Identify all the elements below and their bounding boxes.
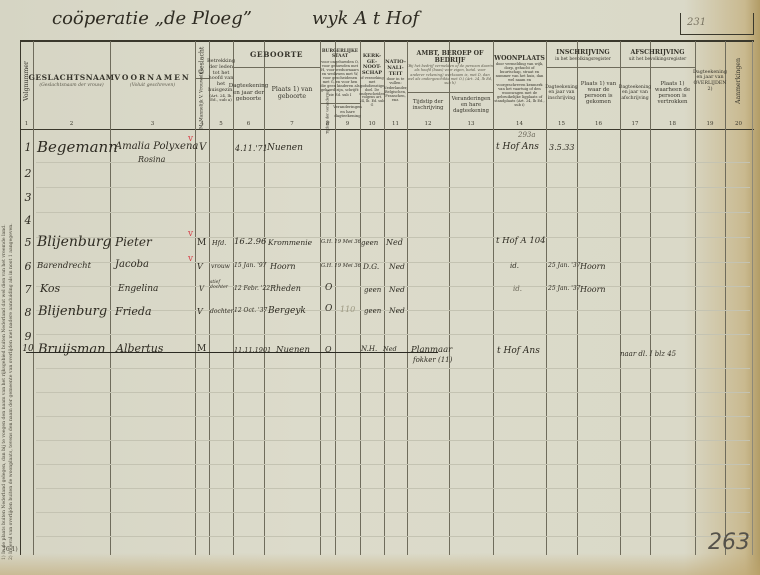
- birth-date: 12 Febr. '22: [234, 285, 270, 292]
- header-inschrijving-datum: Dagteekening en jaar van inschrijving: [546, 68, 577, 118]
- given-names: Albertus: [116, 342, 163, 355]
- wijk-label: wyk A t Hof: [312, 8, 419, 29]
- row-rule: [36, 416, 750, 417]
- nationality: Ned: [389, 306, 405, 315]
- column-number: 2: [33, 121, 110, 127]
- relation: Hfd.: [212, 239, 226, 247]
- header-label: BURGERLIJKE STAAT: [320, 49, 360, 59]
- page-number-box: 231: [680, 13, 754, 35]
- residence: id.: [510, 262, 519, 270]
- deregistration-destination: naar dl. I blz 45: [620, 350, 676, 358]
- birth-place: Rheden: [270, 284, 301, 293]
- footnote-margin: 1) In de plaats buiten Nederland gelegen…: [2, 140, 18, 560]
- grid-line: [33, 41, 34, 555]
- residence: t Hof A 104: [496, 236, 546, 246]
- column-number: 9: [335, 121, 360, 127]
- column-number: 8: [320, 121, 335, 127]
- grid-line: [110, 41, 111, 555]
- row-number: 6: [21, 260, 35, 273]
- header-veranderingen: Veranderingen en hare dagteekening: [335, 104, 360, 120]
- register-title: coöperatie „de Ploeg”: [52, 8, 252, 29]
- header-overlijden: Dagteekening en jaar van OVERLIJDEN 2): [695, 44, 725, 118]
- header-sub: uit het bevolkingsregister: [629, 57, 687, 62]
- registration-date: 3.5.33: [549, 143, 574, 152]
- grid-line: [650, 41, 651, 555]
- row-rule: [36, 187, 750, 188]
- row-rule: [36, 488, 750, 489]
- check-mark: v: [188, 134, 193, 144]
- row-number: 5: [21, 236, 35, 249]
- header-betrekking: Betrekking der leden tot het hoofd van h…: [209, 44, 233, 118]
- birth-date: 12 Oct. '37: [234, 307, 267, 314]
- religion: geen: [364, 286, 381, 294]
- registration-date: 25 Jan. '37: [548, 285, 581, 292]
- header-sub: (Bij het bedrijf vermelden of de persoon…: [407, 64, 493, 85]
- column-number: 20: [725, 121, 752, 127]
- row-rule: [36, 334, 750, 335]
- grid-line: [493, 41, 494, 555]
- header-sub: (Voluit geschreven): [130, 83, 175, 88]
- nationality: Ned: [389, 285, 405, 294]
- header-sub: door in te vullen: Nederlander, Belgisch…: [384, 77, 408, 102]
- header-label: VOORNAMEN: [114, 74, 191, 83]
- header-ambt-veranderingen: Veranderingen en hare dagteekening: [449, 93, 493, 119]
- row-rule: [36, 464, 750, 465]
- registration-date: 25 Jan. '37: [548, 262, 581, 269]
- nationality: Ned: [389, 262, 405, 271]
- header-voornamen: VOORNAMEN (Voluit geschreven): [110, 44, 195, 118]
- birth-place: Bergeyk: [268, 306, 306, 316]
- occupation: Planmaar: [411, 345, 452, 355]
- header-ambt: AMBT, BEROEP OF BEDRIJF (Bij het bedrijf…: [407, 44, 493, 91]
- sex: V: [197, 307, 203, 316]
- column-number: 11: [384, 121, 407, 127]
- surname: Blijenburg: [38, 304, 107, 319]
- birth-date: 15 Jan. '97: [234, 262, 267, 269]
- row-number: 8: [21, 306, 35, 319]
- row-number: 7: [21, 283, 35, 296]
- header-sub: door vermelding van wijk, dorp, gehucht …: [493, 62, 546, 107]
- header-top-rule: [20, 40, 754, 42]
- row-rule: [36, 440, 750, 441]
- birth-place: Krommenie: [268, 238, 312, 247]
- column-number: 7: [264, 121, 320, 127]
- row-rule: [36, 392, 750, 393]
- header-sub: (Geslachtsnaam der vrouw): [39, 83, 103, 88]
- header-geboorte: GEBOORTE: [233, 44, 320, 67]
- given-names: Engelina: [118, 284, 158, 294]
- surname: Begemann: [37, 138, 118, 156]
- grid-line: [20, 41, 21, 555]
- column-number: 6: [233, 121, 264, 127]
- civil-state: G.H. 19 Mei 36: [321, 263, 361, 269]
- row-number: 1: [21, 141, 35, 154]
- grid-line: [264, 41, 265, 555]
- given-names: Frieda: [115, 305, 152, 318]
- footnote-1: 1) In de plaats buiten Nederland gelegen…: [2, 224, 7, 560]
- birth-place: Hoorn: [270, 262, 296, 271]
- check-mark: v: [188, 229, 193, 239]
- header-label: Aanmerkingen: [735, 58, 742, 104]
- religion: geen: [361, 239, 378, 247]
- religion: D.G.: [363, 262, 379, 271]
- registration-from: Hoorn: [580, 262, 606, 271]
- sex: V: [199, 285, 204, 293]
- civil-state: O: [325, 304, 332, 314]
- row-number: 3: [21, 191, 35, 204]
- column-number: 13: [449, 121, 493, 127]
- civil-state: O: [325, 283, 332, 293]
- grid-line: [209, 41, 210, 555]
- grid-line: [725, 41, 726, 555]
- registration-from: Hoorn: [580, 285, 606, 294]
- row-rule: [36, 512, 750, 513]
- given-names: Pieter: [115, 235, 152, 249]
- given-names: Jacoba: [115, 259, 149, 270]
- header-inschrijving-plaats: Plaats 1) van waar de persoon is gekomen: [577, 68, 620, 118]
- header-kerkgenootschap: KERK-GE-NOOT-SCHAP of verzoeking met god…: [360, 44, 384, 118]
- religion: geen: [364, 307, 381, 315]
- header-label: AFSCHRIJVING: [630, 49, 684, 56]
- header-ambt-tijdstip: Tijdstip der inschrijving: [407, 93, 449, 119]
- header-sub: of verzoeking met godsdienstige doel. De…: [359, 77, 384, 108]
- header-aanmerkingen: Aanmerkingen: [725, 44, 752, 118]
- header-afschrijving-plaats: Plaats 1) waarheen de persoon is vertrok…: [650, 68, 695, 118]
- birth-date: 4.11.'71: [235, 144, 268, 153]
- header-nationaliteit: NATIO-NALI-TEIT door in te vullen: Neder…: [384, 44, 407, 118]
- birth-place: Nuenen: [267, 143, 303, 153]
- column-number: 18: [650, 121, 695, 127]
- column-number: 16: [577, 121, 620, 127]
- civil-state: G.H. 19 Mei 36: [321, 239, 361, 245]
- column-number: 10: [360, 121, 384, 127]
- residence: id.: [513, 285, 522, 293]
- header-afschrijving-datum: Dagteekening en jaar van afschrijving: [620, 68, 650, 118]
- relation: stief dochter: [210, 280, 232, 290]
- column-number: 5: [209, 121, 233, 127]
- given-names-line2: Rosina: [138, 155, 165, 164]
- strike-through-line: [26, 352, 438, 353]
- column-number: 15: [546, 121, 577, 127]
- form-code: 76 1): [2, 546, 18, 553]
- register-page: coöperatie „de Ploeg” wyk A t Hof 231 1)…: [0, 0, 760, 575]
- header-geboorte-datum: Dagteekening en jaar der geboorte: [233, 68, 264, 118]
- column-number: 3: [110, 121, 195, 127]
- column-number: 12: [407, 121, 449, 127]
- header-woonplaats: WOONPLAATS door vermelding van wijk, dor…: [493, 44, 546, 118]
- surname: Bruijsman: [38, 342, 105, 357]
- header-sub: in het bevolkingsregister: [555, 57, 611, 62]
- given-names: Amalia Polyxena: [115, 141, 198, 152]
- row-rule: [36, 212, 750, 213]
- sex: V: [197, 262, 203, 271]
- relation: dochter: [210, 308, 234, 315]
- row-number: 4: [21, 214, 35, 227]
- grid-line: [384, 41, 385, 555]
- residence: t Hof Ans: [497, 346, 540, 356]
- check-mark: v: [188, 254, 193, 264]
- row-number: 9: [21, 330, 35, 343]
- relation: vrouw: [211, 263, 230, 270]
- header-geboorte-plaats: Plaats 1) van geboorte: [264, 68, 320, 118]
- column-number: 14: [493, 121, 546, 127]
- column-number: 17: [620, 121, 650, 127]
- header-label: AMBT, BEROEP OF BEDRIJF: [407, 50, 493, 64]
- nationality: Ned: [386, 238, 403, 247]
- civil-change: 110: [340, 305, 355, 314]
- grid-line: [546, 41, 547, 555]
- header-afschrijving: AFSCHRIJVING uit het bevolkingsregister: [620, 44, 695, 67]
- row-number: 2: [21, 167, 35, 180]
- grid-line: [695, 41, 696, 555]
- grid-line: [752, 41, 753, 555]
- grid-line: [233, 41, 234, 555]
- folio-number: 263: [708, 530, 750, 555]
- row-rule: [36, 536, 750, 537]
- surname: Kos: [40, 282, 60, 295]
- sex: V: [199, 142, 206, 153]
- residence-note: 293a: [518, 131, 536, 139]
- birth-date: 16.2.96: [234, 237, 266, 247]
- grid-line: [620, 41, 621, 555]
- footnote-2: 2) Ingeval van overlijden buiten de woon…: [9, 223, 14, 560]
- header-bottom-rule: [20, 129, 754, 130]
- header-inschrijving: INSCHRIJVING in het bevolkingsregister: [546, 44, 620, 67]
- header-label: INSCHRIJVING: [556, 49, 609, 56]
- grid-line: [577, 41, 578, 555]
- grid-line: [195, 41, 196, 555]
- column-number: 4: [195, 121, 209, 127]
- header-label: NATIO-NALI-TEIT: [384, 60, 407, 77]
- column-number: 1: [20, 121, 33, 127]
- header-label: GESLACHTSNAAM: [29, 74, 115, 83]
- sex: M: [197, 238, 206, 248]
- header-geslachtsnaam: GESLACHTSNAAM (Geslachtsnaam der vrouw): [33, 44, 110, 118]
- header-label: KERK-GE-NOOT-SCHAP: [360, 54, 384, 77]
- surname: Blijenburg: [37, 234, 112, 250]
- header-label: WOONPLAATS: [494, 55, 545, 62]
- surname: Barendrecht: [37, 261, 91, 271]
- residence: t Hof Ans: [496, 142, 539, 152]
- birth-place: Nuenen: [276, 345, 310, 355]
- occupation-line2: fokker (11): [413, 356, 452, 364]
- column-number: 19: [695, 121, 725, 127]
- row-rule: [36, 368, 750, 369]
